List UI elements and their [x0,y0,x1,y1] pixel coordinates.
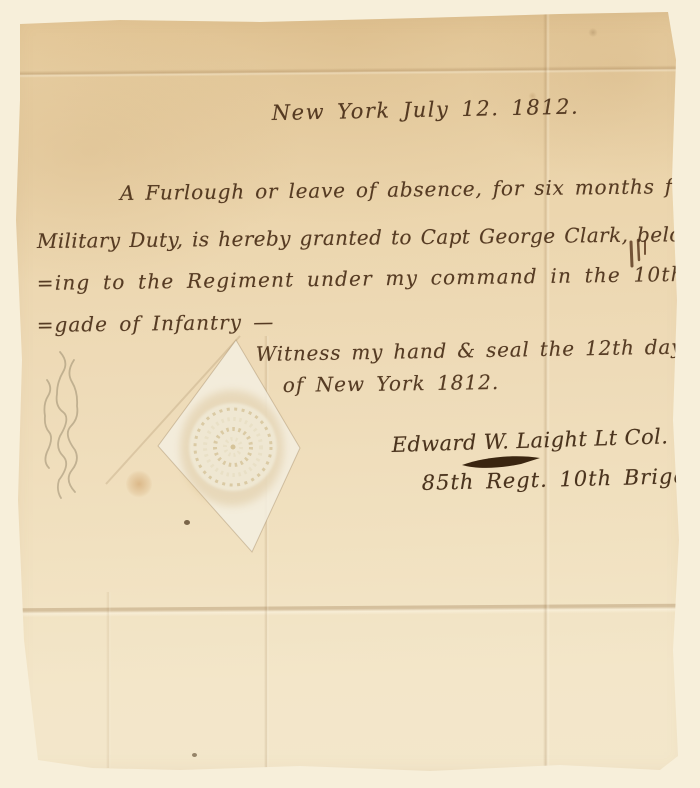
fold-crease-below-seal [264,336,269,770]
seal-crease-line [106,336,240,484]
body-line-2: Military Duty, is hereby granted to Capt… [37,222,700,253]
witness-place-line: of New York 1812. [283,370,500,397]
letter-paper-sheet: New York July 12. 1812. A Furlough or le… [0,0,700,788]
fold-crease-vertical [543,14,550,770]
signature-flourish [462,456,540,468]
stain-spot-top [588,28,598,37]
witness-clause-line: Witness my hand & seal the 12th day [256,335,684,366]
body-line-1: A Furlough or leave of absence, for six … [120,174,700,205]
stain-blotch [126,470,152,498]
embossed-wafer-seal [158,340,300,552]
fold-crease-top [18,65,676,78]
fold-crease-lower-left [106,592,111,768]
signature-unit: 85th Regt. 10th Brige. [421,464,694,495]
dateline: New York July 12. 1812. [271,95,579,125]
body-line-4: =gade of Infantry — [37,310,275,337]
docket-bleedthrough [44,352,77,498]
ink-fleck-bottom [192,753,197,757]
signature-name: Edward W. Laight Lt Col. Ct [391,423,700,457]
fold-crease-bottom [18,604,678,618]
ink-fleck [184,520,190,525]
body-line-3: =ing to the Regiment under my command in… [37,261,700,295]
